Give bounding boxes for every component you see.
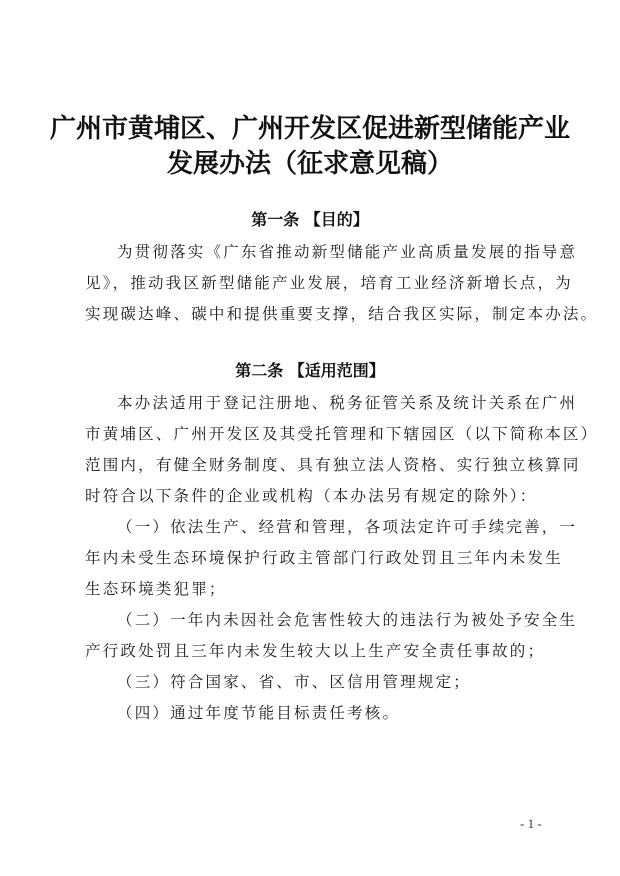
article-2-clause-2: （二）一年内未因社会危害性较大的违法行为被处予安全生	[117, 608, 577, 630]
article-2-text-line: 市黄埔区、广州开发区及其受托管理和下辖园区（以下简称本区）	[85, 422, 545, 444]
article-2-clause-3: （三）符合国家、省、市、区信用管理规定；	[117, 670, 577, 692]
page-number: - 1 -	[520, 816, 542, 832]
document-title-line-1: 广州市黄埔区、广州开发区促进新型储能产业	[0, 108, 620, 145]
article-2-clause-4: （四）通过年度节能目标责任考核。	[117, 701, 577, 723]
article-1-text-line: 实现碳达峰、碳中和提供重要支撑，结合我区实际，制定本办法。	[85, 302, 545, 324]
article-2-clause-1-cont: 年内未受生态环境保护行政主管部门行政处罚且三年内未发生	[85, 546, 545, 568]
article-1-heading: 第一条 【目的】	[0, 207, 620, 230]
article-1-text-line: 为贯彻落实《广东省推动新型储能产业高质量发展的指导意	[117, 240, 577, 262]
article-2-clause-1-cont: 生态环境类犯罪；	[85, 577, 545, 599]
article-2-text-line: 范围内，有健全财务制度、具有独立法人资格、实行独立核算同	[85, 453, 545, 475]
article-2-text-line: 时符合以下条件的企业或机构（本办法另有规定的除外）：	[85, 484, 545, 506]
document-title-line-2: 发展办法（征求意见稿）	[0, 143, 620, 180]
article-1-text-line: 见》，推动我区新型储能产业发展，培育工业经济新增长点，为	[85, 271, 545, 293]
article-2-clause-1: （一）依法生产、经营和管理，各项法定许可手续完善，一	[117, 515, 577, 537]
article-2-clause-2-cont: 产行政处罚且三年内未发生较大以上生产安全责任事故的；	[85, 639, 545, 661]
article-2-heading: 第二条 【适用范围】	[0, 358, 620, 381]
article-2-text-line: 本办法适用于登记注册地、税务征管关系及统计关系在广州	[117, 391, 577, 413]
